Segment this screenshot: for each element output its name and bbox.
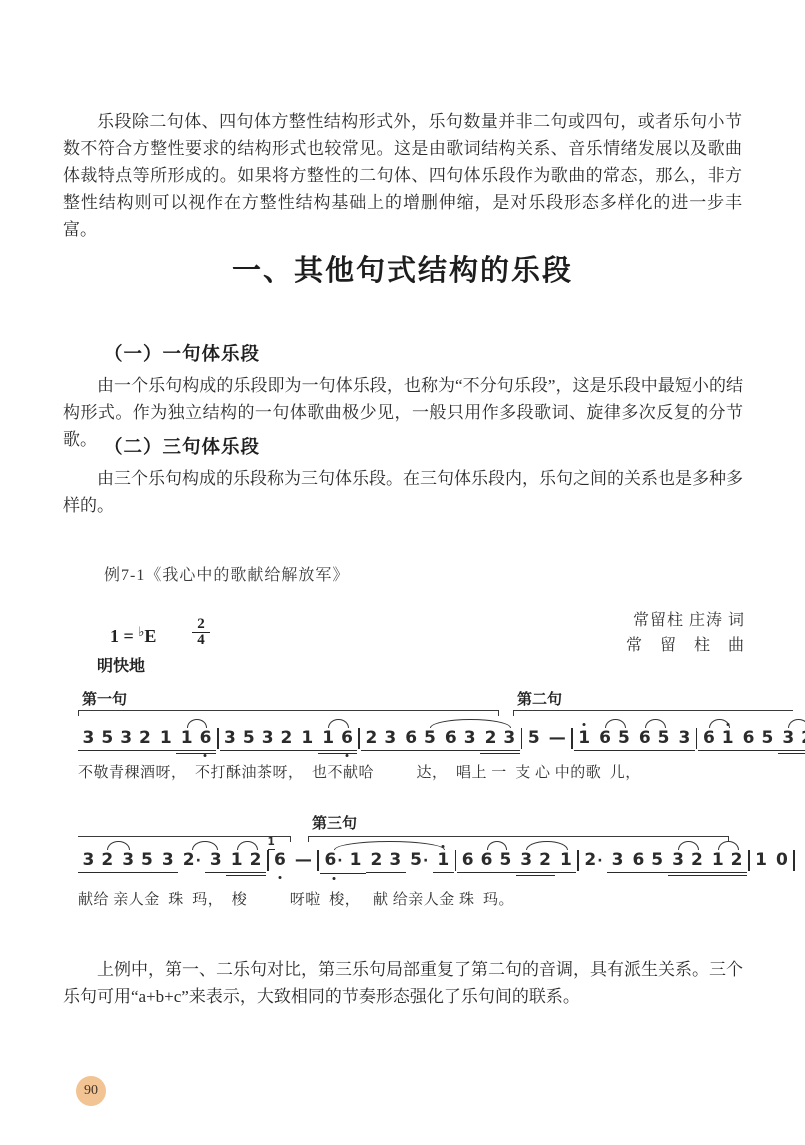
note: 1 xyxy=(319,728,338,749)
key-letter: E xyxy=(144,626,156,646)
slur-arc xyxy=(328,719,349,728)
note: 3 xyxy=(675,728,694,749)
note: 3 xyxy=(779,728,798,749)
note: 3 xyxy=(500,728,519,749)
duration-dot: · xyxy=(597,853,602,869)
beam-group: 32 xyxy=(78,850,118,873)
beam-group: 1 xyxy=(751,850,772,872)
beam-group: 16 xyxy=(318,728,358,754)
note: 3 xyxy=(79,728,98,749)
note: 2 xyxy=(798,728,805,749)
beam-group: 65 xyxy=(634,728,674,751)
note: 5 xyxy=(524,728,543,749)
time-signature: 2 4 xyxy=(192,617,210,648)
beam-group: 3 xyxy=(205,850,226,873)
time-signature-denominator: 4 xyxy=(192,633,210,648)
note: 2 xyxy=(277,728,296,749)
note: 61 xyxy=(271,850,290,871)
beam-group: 3 xyxy=(674,728,695,751)
phrase-label-second: 第二句 xyxy=(517,688,562,709)
slur-arc xyxy=(788,719,805,728)
slur-arc xyxy=(187,719,208,728)
page-title: 一、其他句式结构的乐段 xyxy=(0,248,805,289)
beam-group: 63 xyxy=(440,728,480,751)
note: 2 xyxy=(98,850,117,871)
note: 6· xyxy=(321,850,346,872)
note: 1 xyxy=(177,728,196,749)
slur-arc xyxy=(678,841,699,850)
beam-group: 61 xyxy=(270,850,291,872)
note: 1 xyxy=(298,728,317,749)
beam-group: 65 xyxy=(738,728,778,751)
note: 6 xyxy=(477,850,496,871)
beam-group: 2· xyxy=(178,850,205,873)
beam-group: 23 xyxy=(361,728,401,751)
beam-group: 32 xyxy=(516,850,556,876)
barline xyxy=(358,728,360,749)
note: 3 xyxy=(258,728,277,749)
beam-group: 12 xyxy=(226,850,266,876)
octave-dot-above xyxy=(583,723,586,726)
note: 5 xyxy=(648,850,667,871)
note: 5 xyxy=(654,728,673,749)
duration-dot: · xyxy=(423,853,428,869)
slur-arc xyxy=(605,719,626,728)
beam-group: 5· xyxy=(406,850,433,873)
note: 6 xyxy=(338,728,357,749)
note: 2 xyxy=(687,850,706,871)
beam-group: 61 xyxy=(698,728,738,751)
intro-paragraph: 乐段除二句体、四句体方整性结构形式外，乐句数量并非二句或四句，或者乐句小节数不符… xyxy=(63,108,742,243)
octave-dot-below xyxy=(278,876,281,879)
measure: 165653 xyxy=(574,728,695,751)
note: 6 xyxy=(458,850,477,871)
barline xyxy=(696,728,698,749)
note: 5 xyxy=(239,728,258,749)
measure: 6165321 xyxy=(698,728,805,754)
beam-group: 23 xyxy=(366,850,406,873)
beam-group: 6·1 xyxy=(320,850,366,874)
lyrics-line-2: 献给 亲人金 珠 玛， 梭 呀啦 梭， 献 给亲人金 珠 玛。 xyxy=(78,888,792,909)
beam-group: 32 xyxy=(668,850,708,876)
slur-arc xyxy=(237,841,258,850)
beam-group: 65 xyxy=(401,728,441,751)
measure: 3532116 xyxy=(220,728,358,754)
phrase-bracket-third xyxy=(308,836,729,842)
beam-group: 12 xyxy=(707,850,747,876)
measure: 665321 xyxy=(457,850,576,876)
phrase-bracket-second xyxy=(513,710,793,716)
note: 5 xyxy=(758,728,777,749)
beam-group: 1 xyxy=(574,728,595,751)
slur-arc xyxy=(430,719,511,728)
beam-group: 35 xyxy=(118,850,158,873)
subsection-1-title: （一）一句体乐段 xyxy=(104,340,260,366)
beam-group: 16 xyxy=(176,728,216,754)
note: 6 xyxy=(402,728,421,749)
note: 2· xyxy=(581,850,606,872)
note: — xyxy=(291,850,315,871)
barline xyxy=(317,850,319,871)
note: 3 xyxy=(79,850,98,871)
phrase-label-third: 第三句 xyxy=(312,812,357,833)
note: 2 xyxy=(727,850,746,871)
note: 6 xyxy=(196,728,215,749)
subsection-2-body: 由三个乐句构成的乐段称为三句体乐段。在三句体乐段内，乐句之间的关系也是多种多样的… xyxy=(63,465,743,519)
note: 6 xyxy=(441,728,460,749)
closing-paragraph: 上例中，第一、二乐句对比，第三乐句局部重复了第二句的音调，具有派生关系。三个乐句… xyxy=(63,956,743,1010)
beam-group: 3 xyxy=(607,850,628,873)
beam-group: 5 xyxy=(523,728,544,750)
note: 5 xyxy=(614,728,633,749)
notation-line-1: 35321163532116236563235—1656536165321 xyxy=(78,728,792,758)
measure: 323532·312 xyxy=(78,850,266,876)
beam-group: 3 xyxy=(157,850,178,873)
octave-dot-above xyxy=(442,845,445,848)
phrase-label-first: 第一句 xyxy=(82,688,127,709)
example-caption: 例7-1《我心中的歌献给解放军》 xyxy=(104,562,349,585)
note: 2 xyxy=(136,728,155,749)
barline xyxy=(455,850,457,871)
note: 3 xyxy=(119,850,138,871)
note: 2· xyxy=(179,850,204,872)
tempo-marking: 明快地 xyxy=(97,653,145,676)
octave-dot-above xyxy=(726,723,729,726)
note: 3 xyxy=(517,850,536,871)
note: 6 xyxy=(699,728,718,749)
measure: 6·1235·1 xyxy=(320,850,454,874)
note: 3 xyxy=(221,728,240,749)
beam-group: 32 xyxy=(778,728,805,754)
note: 1 xyxy=(434,850,453,871)
note: 3 xyxy=(381,728,400,749)
note: 1 xyxy=(346,850,365,872)
beam-group: 665 xyxy=(457,850,516,873)
page-number-badge: 90 xyxy=(76,1076,106,1106)
beam-group: 1 xyxy=(555,850,576,873)
note: 6 xyxy=(739,728,758,749)
note: 3 xyxy=(158,850,177,871)
slur-arc xyxy=(526,841,568,850)
book-page: 乐段除二句体、四句体方整性结构形式外，乐句数量并非二句或四句，或者乐句小节数不符… xyxy=(0,0,805,1145)
beam-group: 65 xyxy=(628,850,668,873)
duration-dot: · xyxy=(196,853,201,869)
beam-group: 23 xyxy=(480,728,520,754)
note: 3 xyxy=(608,850,627,871)
time-signature-numerator: 2 xyxy=(192,617,210,633)
note: 5 xyxy=(98,728,117,749)
barline xyxy=(217,728,219,749)
note: 2 xyxy=(367,850,386,871)
phrase-bracket-second-continuation xyxy=(78,836,291,842)
beam-group: — xyxy=(290,850,316,872)
octave-dot-below xyxy=(204,754,207,757)
barline xyxy=(521,728,523,749)
notation-line-2: 323532·31261—6·1235·16653212·365321210 xyxy=(78,850,792,880)
note: 1 xyxy=(556,850,575,871)
slur-arc xyxy=(107,841,130,850)
lyrics-line-1: 不敬青稞酒呀， 不打酥油茶呀， 也不献哈 达， 唱上 一 支 心 中的歌 儿， xyxy=(78,761,792,782)
slur-arc xyxy=(192,841,218,850)
barline xyxy=(793,850,795,871)
note: 1 xyxy=(575,728,594,749)
note: 5 xyxy=(496,850,515,871)
barline xyxy=(267,850,269,871)
octave-dot-below xyxy=(332,877,335,880)
note: 5· xyxy=(407,850,432,872)
lyricist-credit: 常留柱 庄涛 词 xyxy=(560,608,745,633)
measure: 10 xyxy=(751,850,793,872)
note: 3 xyxy=(460,728,479,749)
phrase-bracket-first xyxy=(78,710,499,716)
note: 1 xyxy=(227,850,246,871)
beam-group: — xyxy=(544,728,570,750)
key-signature: 1 = ♭E xyxy=(110,624,156,647)
octave-dot-below xyxy=(345,754,348,757)
beam-group: 65 xyxy=(595,728,635,751)
credits: 常留柱 庄涛 词 常 留 柱 曲 xyxy=(560,608,745,658)
slur-arc xyxy=(334,841,446,850)
beam-group: 1 xyxy=(297,728,318,751)
measure: 3532116 xyxy=(78,728,216,754)
barline xyxy=(577,850,579,871)
note: 3 xyxy=(206,850,225,871)
note: 5 xyxy=(138,850,157,871)
note: 2 xyxy=(481,728,500,749)
measure: 23656323 xyxy=(361,728,520,754)
measure: 2·3653212 xyxy=(580,850,747,876)
beam-group: 2· xyxy=(580,850,607,873)
note: — xyxy=(545,728,569,749)
key-prefix: 1 = xyxy=(110,626,138,646)
note: 6 xyxy=(629,850,648,871)
note: 1 xyxy=(718,728,737,749)
duration-dot: · xyxy=(337,853,342,869)
note: 3 xyxy=(669,850,688,871)
note: 0 xyxy=(772,850,791,871)
note: 6 xyxy=(596,728,615,749)
slur-arc xyxy=(487,841,508,850)
barline xyxy=(748,850,750,871)
note: 2 xyxy=(246,850,265,871)
note: 1 xyxy=(708,850,727,871)
beam-group: 3532 xyxy=(220,728,297,751)
note: 6 xyxy=(635,728,654,749)
note: 2 xyxy=(536,850,555,871)
beam-group: 1 xyxy=(433,850,454,873)
measure: 61— xyxy=(270,850,317,872)
note: 1 xyxy=(752,850,771,871)
note: 3 xyxy=(117,728,136,749)
barline xyxy=(571,728,573,749)
beam-group: 3532 xyxy=(78,728,155,751)
beam-group: 0 xyxy=(771,850,792,872)
measure: 5— xyxy=(523,728,570,750)
note: 1 xyxy=(156,728,175,749)
grace-note: 1 xyxy=(268,837,275,850)
note: 3 xyxy=(386,850,405,871)
note: 2 xyxy=(362,728,381,749)
note: 5 xyxy=(421,728,440,749)
composer-credit: 常 留 柱 曲 xyxy=(560,633,745,658)
slur-arc xyxy=(718,841,739,850)
beam-group: 1 xyxy=(155,728,176,751)
subsection-2-title: （二）三句体乐段 xyxy=(104,433,260,459)
slur-arc xyxy=(645,719,666,728)
